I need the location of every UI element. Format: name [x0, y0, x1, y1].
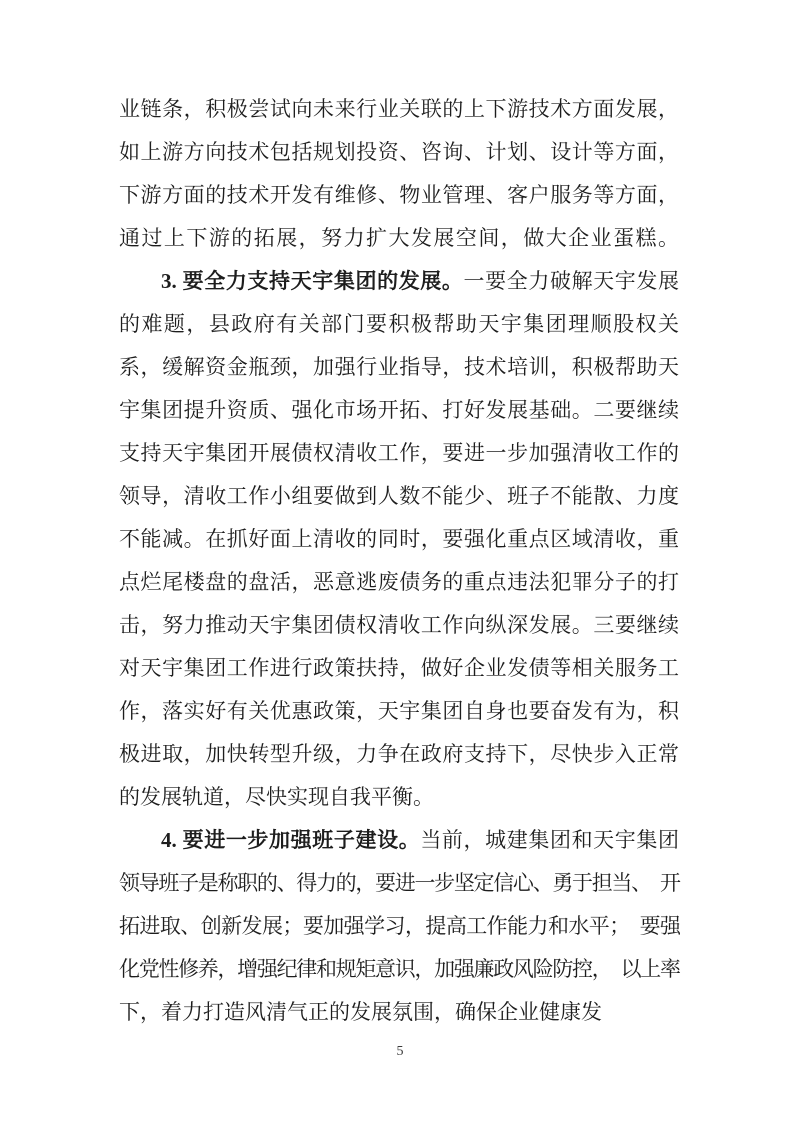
line-text: 下，着力打造风清气正的发展氛围，确保企业健康发 [119, 1000, 602, 1024]
text-line: 业链条，积极尝试向未来行业关联的上下游技术方面发展， [119, 88, 679, 131]
text-line: 宇集团提升资质、强化市场开拓、打好发展基础。二要继续 [119, 389, 679, 432]
line-text: 点烂尾楼盘的盘活，恶意逃废债务的重点违法犯罪分子的打 [119, 570, 679, 594]
text-line: 领导班子是称职的、得力的，要进一步坚定信心、勇于担当、 开 [119, 862, 679, 905]
text-line: 对天宇集团工作进行政策扶持，做好企业发债等相关服务工 [119, 647, 679, 690]
line-text: 一要全力破解天宇发展 [464, 269, 679, 293]
line-text: 对天宇集团工作进行政策扶持，做好企业发债等相关服务工 [119, 656, 679, 680]
text-line: 的发展轨道，尽快实现自我平衡。 [119, 776, 679, 819]
line-text: 下游方面的技术开发有维修、物业管理、客户服务等方面， [119, 183, 679, 207]
paragraph-heading: 3. 要全力支持天宇集团的发展。 [161, 269, 464, 293]
text-line: 系，缓解资金瓶颈，加强行业指导，技术培训，积极帮助天 [119, 346, 679, 389]
paragraph-heading: 4. 要进一步加强班子建设。 [161, 828, 420, 852]
line-text: 系，缓解资金瓶颈，加强行业指导，技术培训，积极帮助天 [119, 355, 679, 379]
text-line: 的难题，县政府有关部门要积极帮助天宇集团理顺股权关 [119, 303, 679, 346]
line-text: 击，努力推动天宇集团债权清收工作向纵深发展。三要继续 [119, 613, 679, 637]
text-line: 下，着力打造风清气正的发展氛围，确保企业健康发 [119, 991, 679, 1034]
line-text: 不能减。在抓好面上清收的同时，要强化重点区域清收，重 [119, 527, 679, 551]
line-text: 领导班子是称职的、得力的，要进一步坚定信心、勇于担当、 开 [119, 871, 679, 895]
line-text: 如上游方向技术包括规划投资、咨询、计划、设计等方面， [119, 140, 679, 164]
line-text: 的发展轨道，尽快实现自我平衡。 [119, 785, 434, 809]
page-number: 5 [0, 1042, 800, 1062]
text-line: 极进取，加快转型升级，力争在政府支持下，尽快步入正常 [119, 733, 679, 776]
text-line: 下游方面的技术开发有维修、物业管理、客户服务等方面， [119, 174, 679, 217]
text-line-item-4: 4. 要进一步加强班子建设。当前，城建集团和天宇集团 [119, 819, 679, 862]
line-text: 当前，城建集团和天宇集团 [420, 828, 679, 852]
line-text: 拓进取、创新发展；要加强学习，提高工作能力和水平； 要强 [119, 914, 679, 938]
line-text: 支持天宇集团开展债权清收工作，要进一步加强清收工作的 [119, 441, 679, 465]
line-text: 化党性修养，增强纪律和规矩意识，加强廉政风险防控， 以上率 [119, 957, 679, 981]
text-line: 通过上下游的拓展，努力扩大发展空间，做大企业蛋糕。 [119, 217, 679, 260]
text-line: 不能减。在抓好面上清收的同时，要强化重点区域清收，重 [119, 518, 679, 561]
line-text: 业链条，积极尝试向未来行业关联的上下游技术方面发展， [119, 97, 679, 121]
text-line: 作，落实好有关优惠政策，天宇集团自身也要奋发有为，积 [119, 690, 679, 733]
text-line: 领导，清收工作小组要做到人数不能少、班子不能散、力度 [119, 475, 679, 518]
text-line: 点烂尾楼盘的盘活，恶意逃废债务的重点违法犯罪分子的打 [119, 561, 679, 604]
line-text: 极进取，加快转型升级，力争在政府支持下，尽快步入正常 [119, 742, 679, 766]
line-text: 宇集团提升资质、强化市场开拓、打好发展基础。二要继续 [119, 398, 679, 422]
line-text: 的难题，县政府有关部门要积极帮助天宇集团理顺股权关 [119, 312, 679, 336]
text-line: 如上游方向技术包括规划投资、咨询、计划、设计等方面， [119, 131, 679, 174]
text-line: 支持天宇集团开展债权清收工作，要进一步加强清收工作的 [119, 432, 679, 475]
line-text: 通过上下游的拓展，努力扩大发展空间，做大企业蛋糕。 [119, 226, 679, 250]
text-line-item-3: 3. 要全力支持天宇集团的发展。一要全力破解天宇发展 [119, 260, 679, 303]
document-body: 业链条，积极尝试向未来行业关联的上下游技术方面发展， 如上游方向技术包括规划投资… [119, 88, 679, 1034]
line-text: 作，落实好有关优惠政策，天宇集团自身也要奋发有为，积 [119, 699, 679, 723]
text-line: 击，努力推动天宇集团债权清收工作向纵深发展。三要继续 [119, 604, 679, 647]
text-line: 拓进取、创新发展；要加强学习，提高工作能力和水平； 要强 [119, 905, 679, 948]
line-text: 领导，清收工作小组要做到人数不能少、班子不能散、力度 [119, 484, 679, 508]
text-line: 化党性修养，增强纪律和规矩意识，加强廉政风险防控， 以上率 [119, 948, 679, 991]
document-page: 业链条，积极尝试向未来行业关联的上下游技术方面发展， 如上游方向技术包括规划投资… [0, 0, 800, 1131]
